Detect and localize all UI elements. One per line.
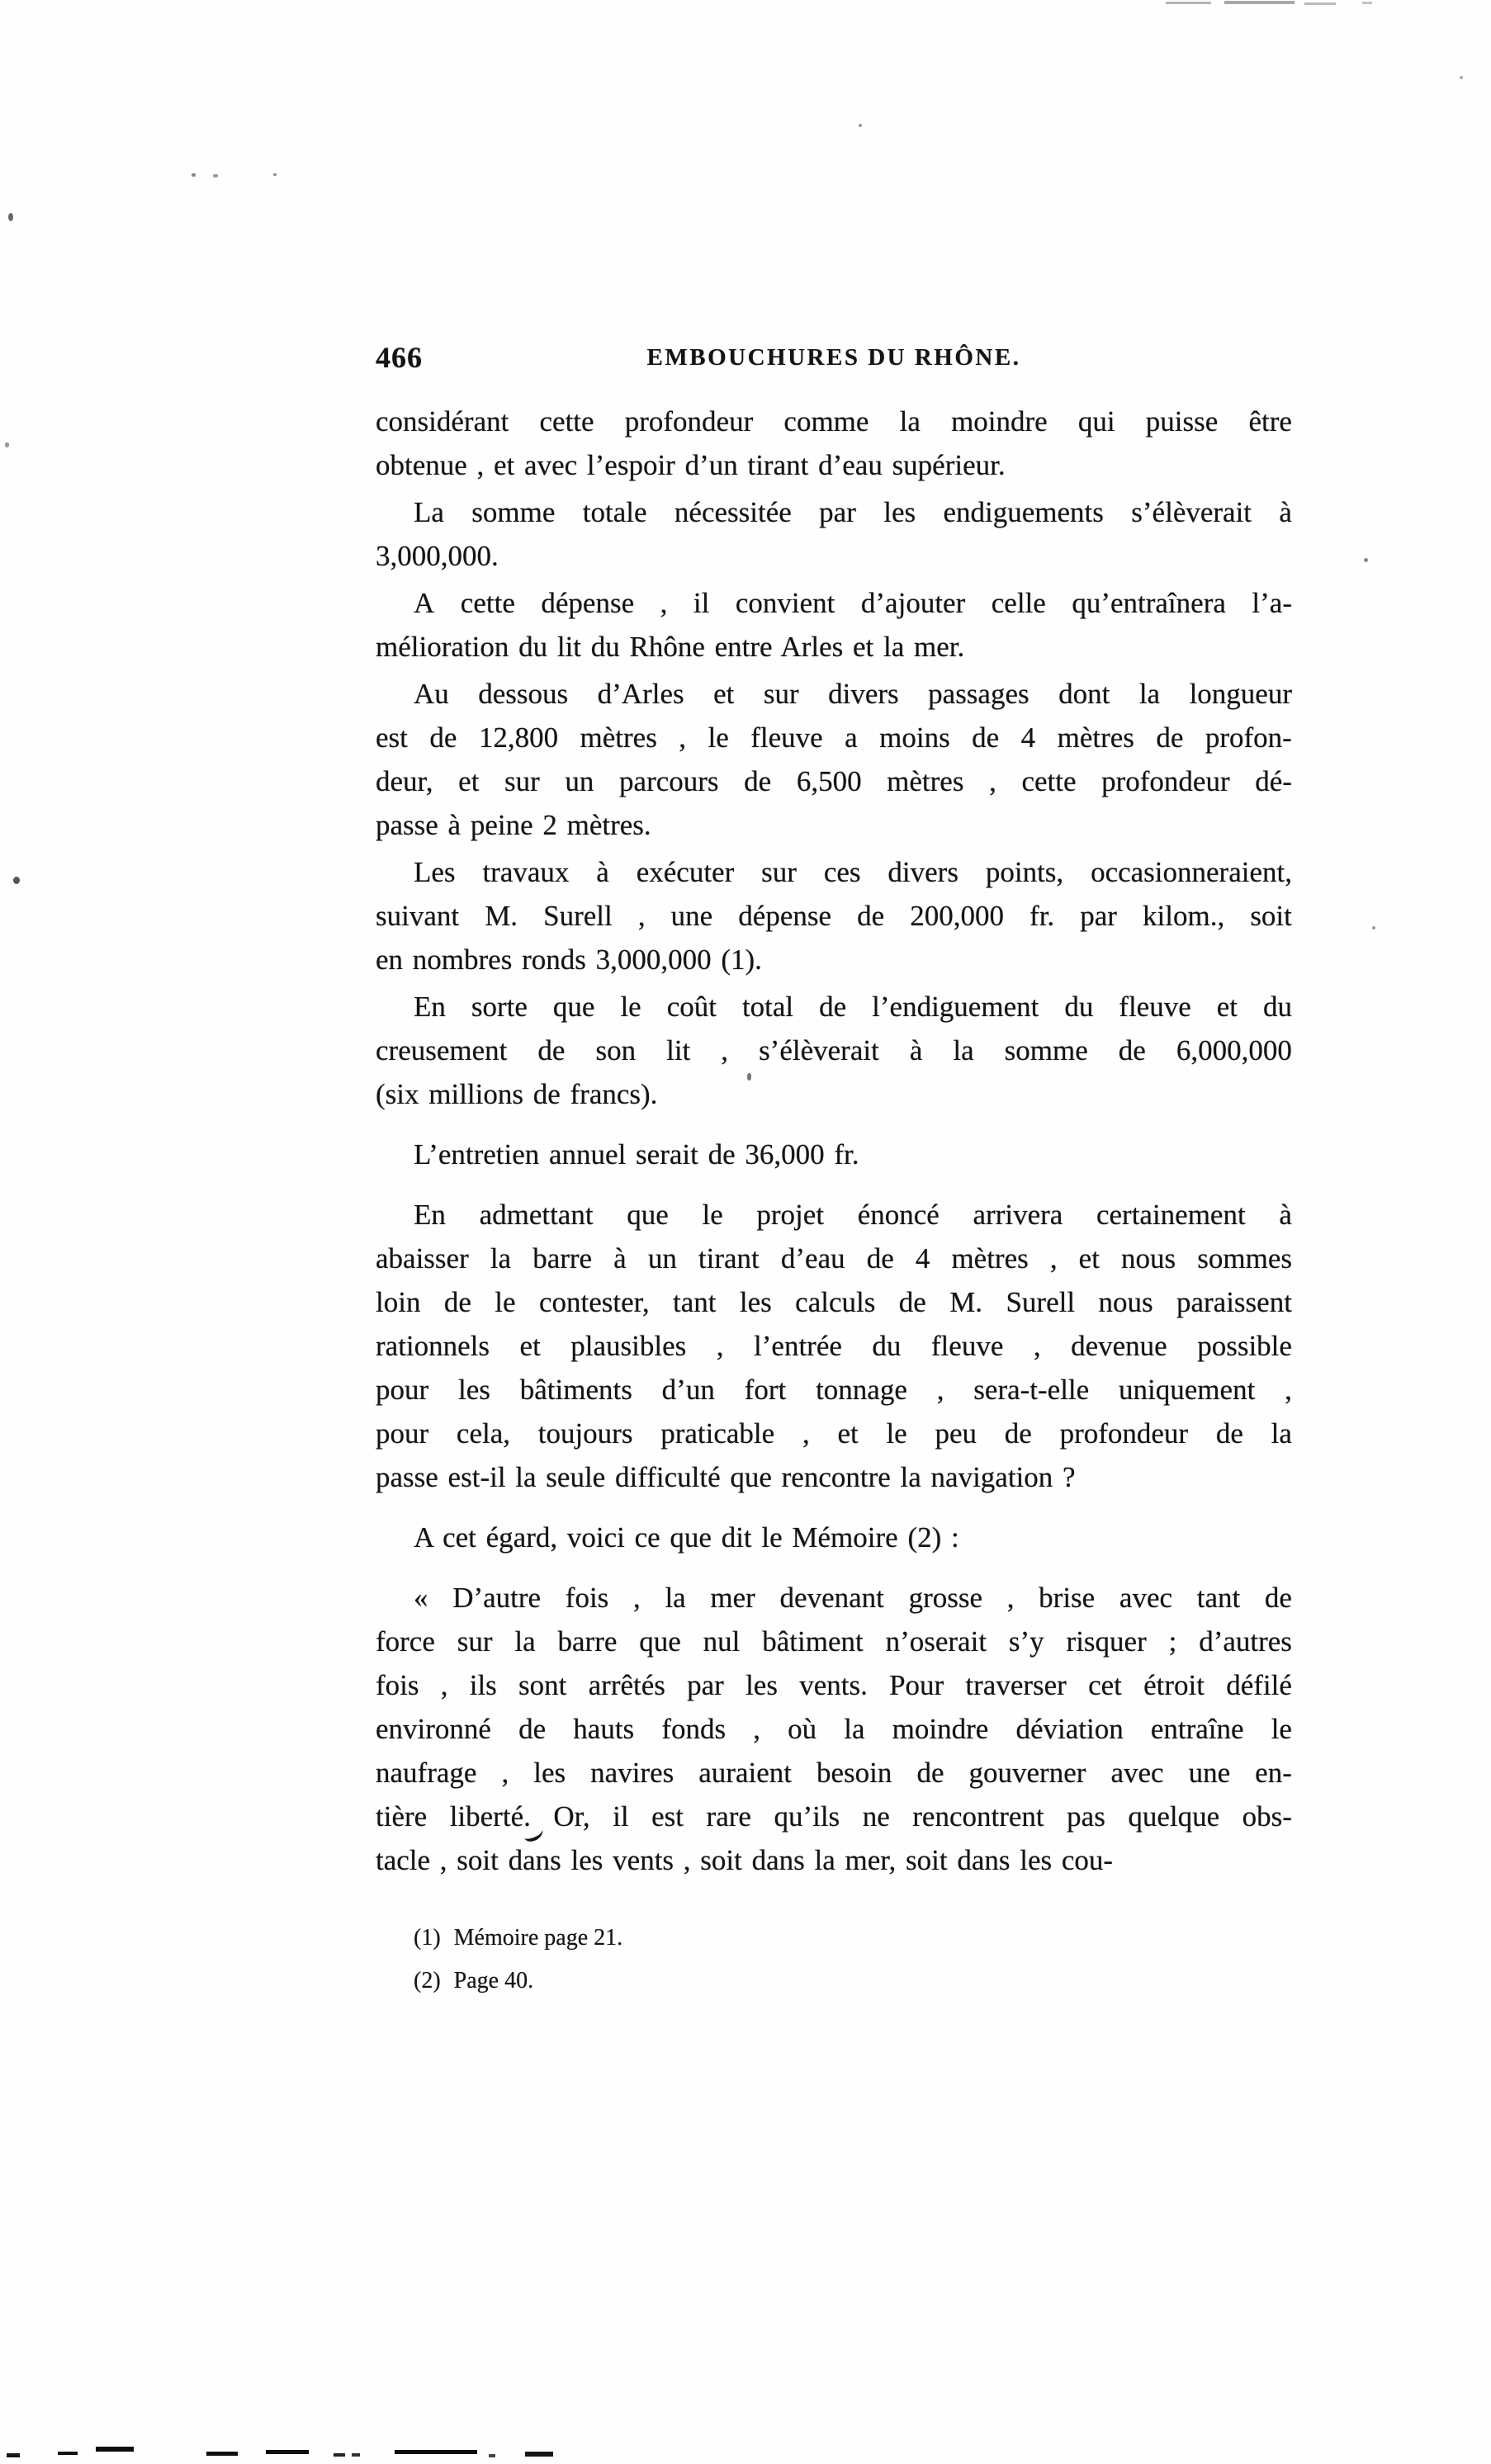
paragraph: A cet égard, voici ce que dit le Mémoire… — [376, 1516, 1292, 1559]
text-line: Audessousd’Arlesetsurdiverspassagesdontl… — [376, 672, 1292, 716]
text-line: Ensortequelecoûttotaldel’endiguementdufl… — [376, 985, 1292, 1029]
footnote-text: Mémoire page 21. — [454, 1925, 623, 1951]
page-header: 466 EMBOUCHURES DU RHÔNE. — [376, 340, 1292, 376]
text-line: Lasommetotalenécessitéeparlesendiguement… — [376, 490, 1292, 534]
text-line: «D’autrefois,lamerdevenantgrosse,briseav… — [376, 1576, 1292, 1620]
scan-edge-mark — [1304, 2, 1336, 5]
running-title: EMBOUCHURES DU RHÔNE. — [376, 344, 1292, 371]
text-line: forcesurlabarrequenulbâtimentn’oseraits’… — [376, 1620, 1292, 1663]
scan-edge-mark — [58, 2452, 78, 2455]
text-line: mélioration du lit du Rhône entre Arles … — [376, 625, 1292, 669]
ink-speck — [273, 173, 277, 176]
scan-edge-mark — [206, 2452, 238, 2456]
footnote: (2)Page 40. — [414, 1960, 1292, 2003]
paragraph: Audessousd’Arlesetsurdiverspassagesdontl… — [376, 672, 1292, 847]
scan-edge-mark — [1362, 2, 1372, 4]
ink-speck — [747, 1073, 751, 1081]
text-line: Enadmettantqueleprojeténoncéarriveracert… — [376, 1193, 1292, 1237]
ink-speck — [192, 173, 196, 177]
paragraph: Ensortequelecoûttotaldel’endiguementdufl… — [376, 985, 1292, 1116]
text-line: Lestravauxàexécutersurcesdiverspoints,oc… — [376, 850, 1292, 894]
text-line: pourlesbâtimentsd’unforttonnage,sera-t-e… — [376, 1368, 1292, 1412]
text-line: rationnelsetplausibles,l’entréedufleuve,… — [376, 1324, 1292, 1368]
ink-speck — [213, 174, 218, 177]
text-line: environnédehautsfonds,oùlamoindredéviati… — [376, 1707, 1292, 1751]
scan-edge-mark — [7, 2453, 20, 2457]
footnote-text: Page 40. — [454, 1968, 533, 1993]
text-line: passe est-il la seule difficulté que ren… — [376, 1455, 1292, 1499]
scan-edge-mark — [1166, 2, 1211, 4]
page-content: 466 EMBOUCHURES DU RHÔNE. considérantcet… — [376, 340, 1292, 2003]
ink-speck — [1460, 76, 1463, 79]
ink-speck — [1364, 558, 1368, 562]
footnote: (1)Mémoire page 21. — [414, 1917, 1292, 1960]
text-line: considérantcetteprofondeurcommelamoindre… — [376, 400, 1292, 443]
text-line: 3,000,000. — [376, 534, 1292, 578]
paragraph: considérantcetteprofondeurcommelamoindre… — [376, 400, 1292, 487]
text-line: suivantM.Surell,unedépensede200,000fr.pa… — [376, 894, 1292, 938]
text-line: estde12,800mètres,lefleuveamoinsde4mètre… — [376, 716, 1292, 759]
scan-edge-mark — [334, 2453, 345, 2457]
ink-speck — [13, 877, 20, 884]
footnote-marker: (2) — [414, 1968, 441, 1993]
text-line: fois,ilssontarrêtésparlesvents.Pourtrave… — [376, 1663, 1292, 1707]
ink-speck — [1372, 926, 1375, 929]
page-body: considérantcetteprofondeurcommelamoindre… — [376, 400, 1292, 1882]
scanned-page: 466 EMBOUCHURES DU RHÔNE. considérantcet… — [0, 0, 1491, 2464]
scan-edge-mark — [489, 2454, 495, 2457]
paragraph: Enadmettantqueleprojeténoncéarriveracert… — [376, 1193, 1292, 1499]
ink-speck — [8, 213, 13, 221]
footnote-marker: (1) — [414, 1925, 441, 1951]
scan-edge-mark — [395, 2450, 477, 2454]
text-line: deur,etsurunparcoursde6,500mètres,cettep… — [376, 759, 1292, 803]
footnotes: (1)Mémoire page 21.(2)Page 40. — [376, 1917, 1292, 2003]
text-line: naufrage,lesnaviresauraientbesoindegouve… — [376, 1751, 1292, 1795]
text-line: (six millions de francs). — [376, 1072, 1292, 1116]
paragraph: L’entretien annuel serait de 36,000 fr. — [376, 1133, 1292, 1176]
scan-edge-mark — [352, 2453, 360, 2457]
ink-speck — [5, 442, 9, 447]
text-line: obtenue , et avec l’espoir d’un tirant d… — [376, 443, 1292, 487]
paragraph: Lestravauxàexécutersurcesdiverspoints,oc… — [376, 850, 1292, 981]
text-line: loindelecontester,tantlescalculsdeM.Sure… — [376, 1280, 1292, 1324]
scan-edge-mark — [1224, 1, 1295, 4]
text-line: pourcela,toujourspraticable,etlepeudepro… — [376, 1412, 1292, 1455]
text-line: en nombres ronds 3,000,000 (1). — [376, 938, 1292, 981]
paragraph: Lasommetotalenécessitéeparlesendiguement… — [376, 490, 1292, 578]
text-line: tièreliberté.Or,ilestrarequ’ilsnerencont… — [376, 1795, 1292, 1838]
scan-edge-mark — [525, 2452, 553, 2457]
paragraph: «D’autrefois,lamerdevenantgrosse,briseav… — [376, 1576, 1292, 1882]
text-line: A cet égard, voici ce que dit le Mémoire… — [376, 1516, 1292, 1559]
text-line: passe à peine 2 mètres. — [376, 803, 1292, 847]
text-line: abaisserlabarreàuntirantd’eaude4mètres,e… — [376, 1237, 1292, 1280]
paragraph: Acettedépense,ilconvientd’ajoutercellequ… — [376, 581, 1292, 669]
scan-edge-mark — [96, 2447, 134, 2452]
text-line: tacle , soit dans les vents , soit dans … — [376, 1838, 1292, 1882]
scan-edge-mark — [266, 2450, 309, 2454]
text-line: Acettedépense,ilconvientd’ajoutercellequ… — [376, 581, 1292, 625]
text-line: L’entretien annuel serait de 36,000 fr. — [376, 1133, 1292, 1176]
text-line: creusementdesonlit,s’élèveraitàlasommede… — [376, 1029, 1292, 1072]
ink-speck — [859, 124, 862, 127]
